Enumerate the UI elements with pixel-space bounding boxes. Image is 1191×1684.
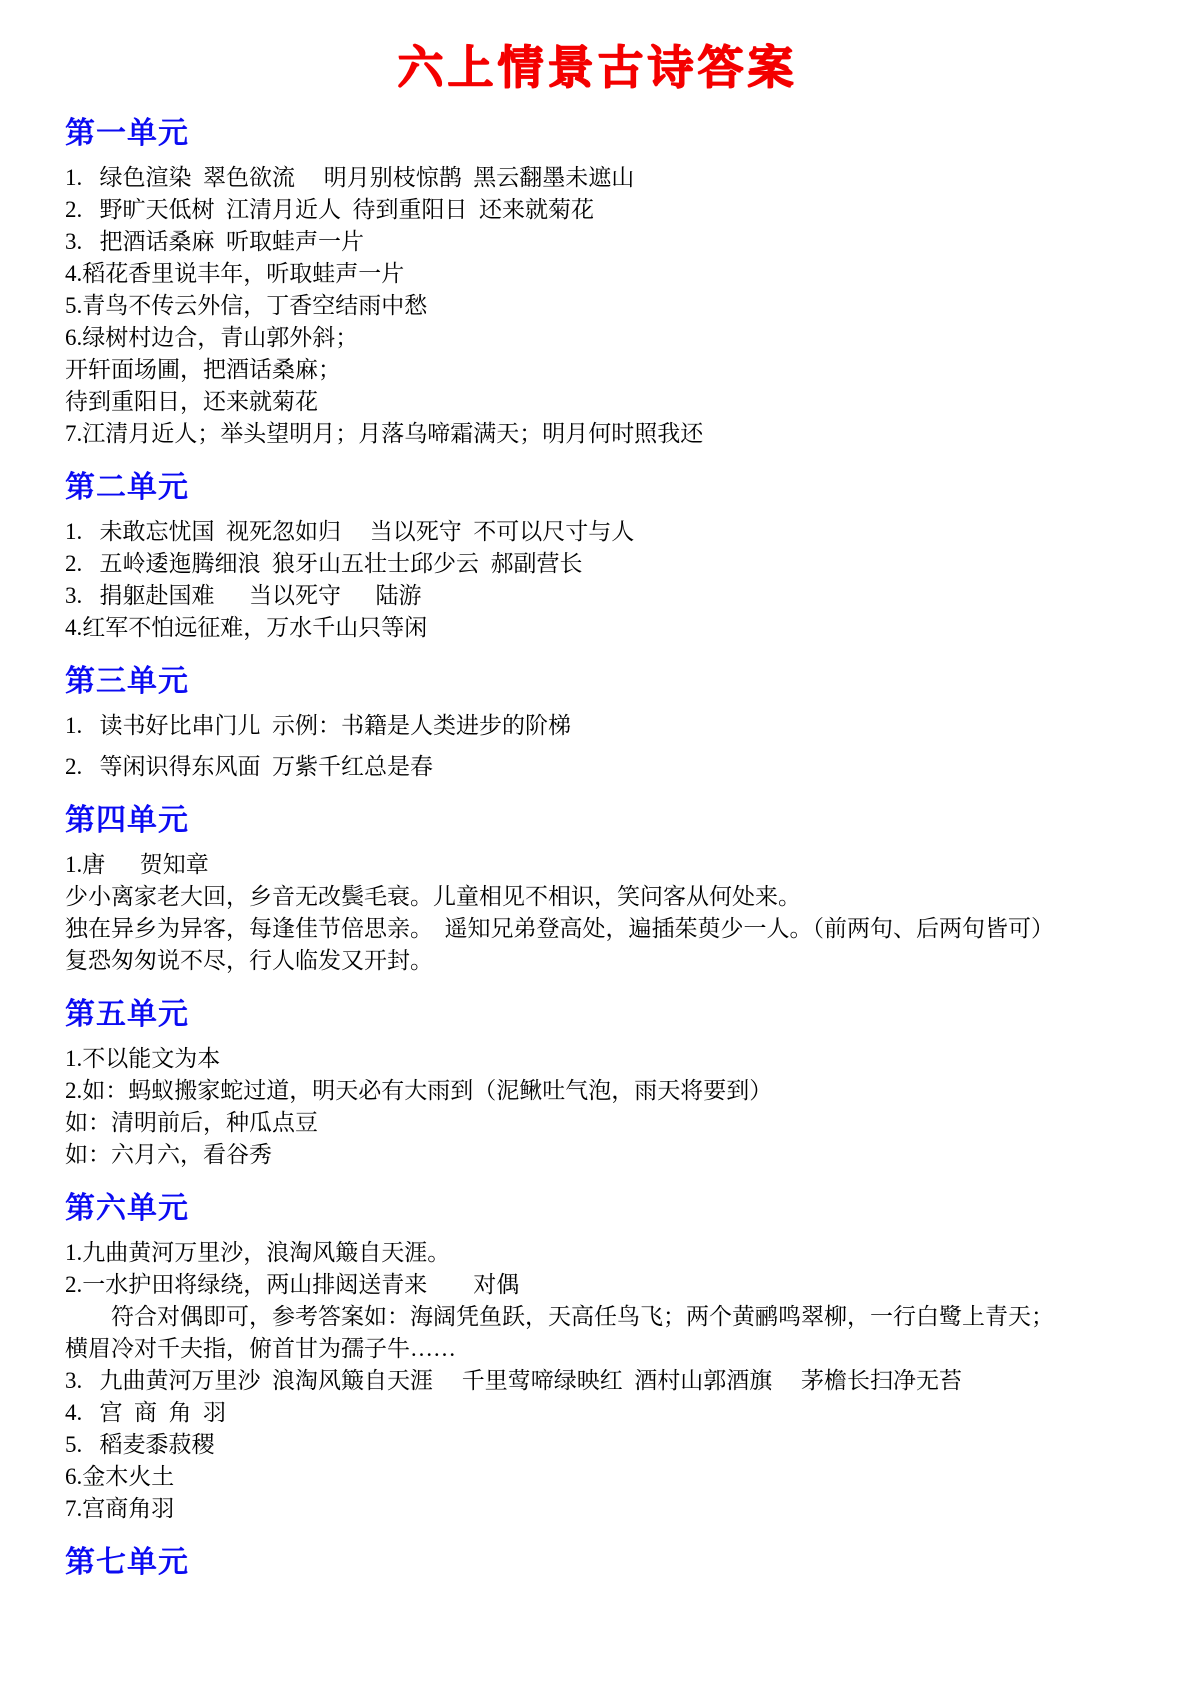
answer-line: 6.绿树村边合，青山郭外斜； xyxy=(65,322,1129,354)
answer-line: 1.唐 贺知章 xyxy=(65,849,1129,881)
answer-line: 2. 五岭逶迤腾细浪 狼牙山五壮士邱少云 郝副营长 xyxy=(65,548,1129,580)
answer-line: 5.青鸟不传云外信，丁香空结雨中愁 xyxy=(65,290,1129,322)
answer-line: 如：清明前后，种瓜点豆 xyxy=(65,1107,1129,1139)
answer-line: 7.江清月近人；举头望明月；月落乌啼霜满天；明月何时照我还 xyxy=(65,418,1129,450)
section-heading: 第三单元 xyxy=(65,662,1129,702)
section-heading: 第七单元 xyxy=(65,1543,1129,1583)
answer-line: 6.金木火土 xyxy=(65,1461,1129,1493)
section-unit-7: 第七单元 xyxy=(65,1543,1129,1583)
answer-line: 7.宫商角羽 xyxy=(65,1493,1129,1525)
answer-line: 1. 绿色渲染 翠色欲流 明月别枝惊鹊 黑云翻墨未遮山 xyxy=(65,162,1129,194)
answer-line: 3. 九曲黄河万里沙 浪淘风簸自天涯 千里莺啼绿映红 酒村山郭酒旗 茅檐长扫净无… xyxy=(65,1365,1129,1397)
answer-line: 2. 等闲识得东风面 万紫千红总是春 xyxy=(65,751,1129,783)
answer-line: 如：六月六，看谷秀 xyxy=(65,1139,1129,1171)
answer-line: 5. 稻麦黍菽稷 xyxy=(65,1429,1129,1461)
answer-line: 少小离家老大回，乡音无改鬓毛衰。儿童相见不相识，笑问客从何处来。 xyxy=(65,881,1129,913)
section-unit-3: 第三单元 1. 读书好比串门儿 示例：书籍是人类进步的阶梯 2. 等闲识得东风面… xyxy=(65,662,1129,783)
answer-line: 横眉冷对千夫指，俯首甘为孺子牛…… xyxy=(65,1333,1129,1365)
answer-line: 待到重阳日，还来就菊花 xyxy=(65,386,1129,418)
answer-line: 3. 把酒话桑麻 听取蛙声一片 xyxy=(65,226,1129,258)
section-heading: 第四单元 xyxy=(65,801,1129,841)
section-unit-6: 第六单元 1.九曲黄河万里沙，浪淘风簸自天涯。 2.一水护田将绿绕，两山排闼送青… xyxy=(65,1189,1129,1525)
section-heading: 第六单元 xyxy=(65,1189,1129,1229)
answer-line: 2.如：蚂蚁搬家蛇过道，明天必有大雨到（泥鳅吐气泡，雨天将要到） xyxy=(65,1075,1129,1107)
answer-line: 2. 野旷天低树 江清月近人 待到重阳日 还来就菊花 xyxy=(65,194,1129,226)
section-heading: 第五单元 xyxy=(65,995,1129,1035)
answer-line: 2.一水护田将绿绕，两山排闼送青来 对偶 xyxy=(65,1269,1129,1301)
section-heading: 第一单元 xyxy=(65,114,1129,154)
answer-line: 4. 宫 商 角 羽 xyxy=(65,1397,1129,1429)
section-unit-1: 第一单元 1. 绿色渲染 翠色欲流 明月别枝惊鹊 黑云翻墨未遮山 2. 野旷天低… xyxy=(65,114,1129,450)
answer-line: 1.九曲黄河万里沙，浪淘风簸自天涯。 xyxy=(65,1237,1129,1269)
answer-line: 4.稻花香里说丰年，听取蛙声一片 xyxy=(65,258,1129,290)
section-heading: 第二单元 xyxy=(65,468,1129,508)
answer-line: 复恐匆匆说不尽，行人临发又开封。 xyxy=(65,945,1129,977)
section-unit-4: 第四单元 1.唐 贺知章 少小离家老大回，乡音无改鬓毛衰。儿童相见不相识，笑问客… xyxy=(65,801,1129,977)
page-title: 六上情景古诗答案 xyxy=(65,40,1129,96)
section-unit-2: 第二单元 1. 未敢忘忧国 视死忽如归 当以死守 不可以尺寸与人 2. 五岭逶迤… xyxy=(65,468,1129,644)
answer-line: 1. 读书好比串门儿 示例：书籍是人类进步的阶梯 xyxy=(65,710,1129,742)
section-unit-5: 第五单元 1.不以能文为本 2.如：蚂蚁搬家蛇过道，明天必有大雨到（泥鳅吐气泡，… xyxy=(65,995,1129,1171)
answer-line: 独在异乡为异客，每逢佳节倍思亲。 遥知兄弟登高处，遍插茱萸少一人。（前两句、后两… xyxy=(65,913,1129,945)
document-page: 六上情景古诗答案 第一单元 1. 绿色渲染 翠色欲流 明月别枝惊鹊 黑云翻墨未遮… xyxy=(0,0,1191,1684)
answer-line: 3. 捐躯赴国难 当以死守 陆游 xyxy=(65,580,1129,612)
answer-line: 1. 未敢忘忧国 视死忽如归 当以死守 不可以尺寸与人 xyxy=(65,516,1129,548)
answer-line: 4.红军不怕远征难，万水千山只等闲 xyxy=(65,612,1129,644)
answer-line: 符合对偶即可，参考答案如：海阔凭鱼跃，天高任鸟飞；两个黄鹂鸣翠柳，一行白鹭上青天… xyxy=(65,1301,1129,1333)
answer-line: 开轩面场圃，把酒话桑麻； xyxy=(65,354,1129,386)
answer-line: 1.不以能文为本 xyxy=(65,1043,1129,1075)
